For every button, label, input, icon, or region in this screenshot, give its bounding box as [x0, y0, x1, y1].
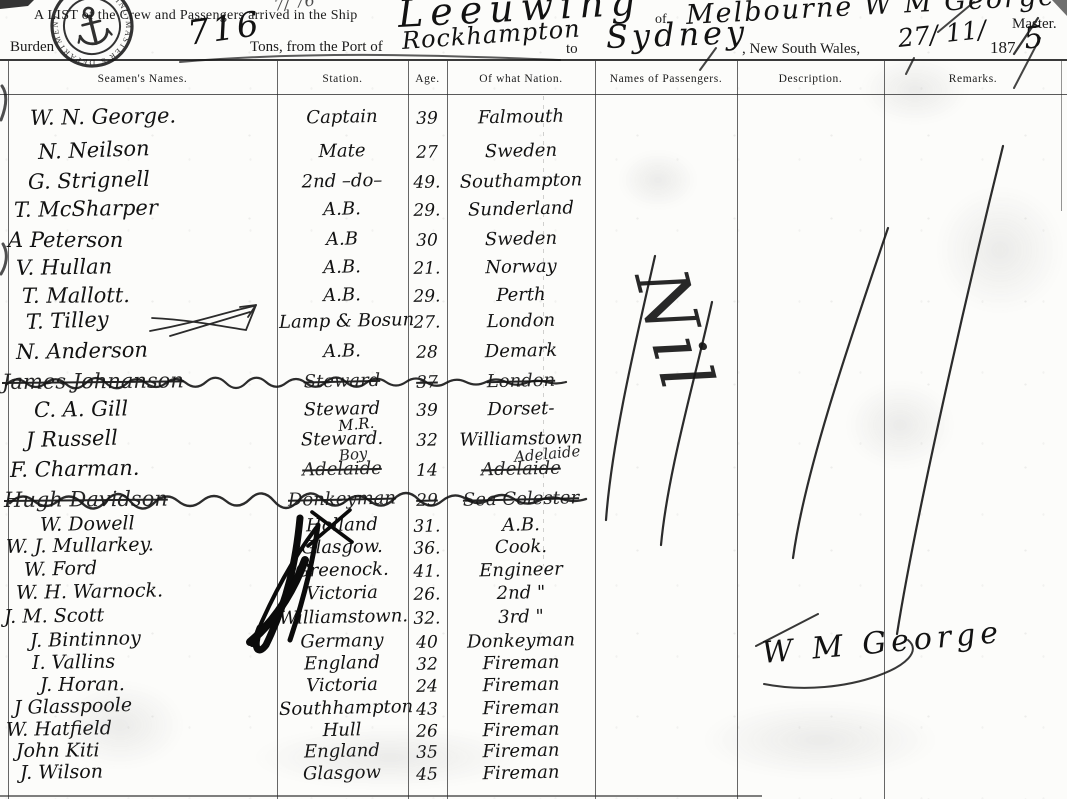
year-printed: 187	[990, 38, 1016, 58]
seaman-age: 37	[408, 372, 446, 393]
colhead-passengers: Names of Passengers.	[595, 63, 737, 94]
seaman-nation: Engineer	[449, 558, 593, 582]
seaman-age: 14	[408, 460, 446, 481]
seaman-nation: Perth	[449, 283, 593, 307]
seaman-station: A.B.	[279, 339, 405, 363]
seaman-station: Mate	[279, 139, 405, 163]
seaman-station: A.B.	[279, 255, 405, 279]
seaman-nation: Sea Colester	[449, 487, 593, 511]
header-to-label: to	[566, 41, 578, 58]
seaman-age: 27	[408, 142, 446, 163]
seaman-age: 29.	[408, 286, 446, 307]
seaman-name: J Russell	[26, 421, 283, 452]
station-correction: Boy	[338, 444, 368, 465]
station-correction: M.R.	[337, 414, 375, 435]
seaman-station: A.B.	[279, 283, 405, 307]
seaman-nation: Demark	[449, 339, 593, 363]
seaman-age: 41.	[408, 561, 446, 582]
seaman-station: Donkeyman	[279, 487, 405, 511]
colhead-age: Age.	[408, 63, 447, 94]
scan-smudge	[860, 55, 970, 125]
seaman-station: Victoria	[279, 673, 405, 697]
scan-smudge	[845, 380, 955, 470]
seaman-station: 2nd –do–	[279, 169, 405, 193]
header-nsw-label: , New South Wales,	[742, 41, 860, 58]
seaman-station: Glasgow.	[279, 535, 405, 559]
seaman-station: Southhampton	[279, 696, 405, 720]
seaman-age: 39	[408, 108, 446, 129]
seaman-age: 32	[408, 654, 446, 675]
seaman-age: 49.	[408, 172, 446, 193]
passengers-nil-scrawl: Nil	[618, 260, 730, 404]
sheet-bottom-rule	[0, 795, 762, 797]
seaman-age: 26.	[408, 584, 446, 605]
seaman-nation: Falmouth	[449, 105, 593, 129]
seaman-name: I. Vallins	[32, 648, 288, 674]
seaman-age: 40	[408, 632, 446, 653]
seaman-station: AdelaideBoy	[279, 457, 405, 481]
header-tons-label: Tons, from the Port of	[250, 39, 383, 56]
seaman-nation: London	[449, 369, 593, 393]
seaman-station: Holland	[279, 513, 405, 537]
table-left-border	[8, 61, 9, 799]
scan-smudge	[700, 700, 940, 780]
seaman-name: W. N. George.	[30, 102, 286, 130]
seaman-age: 24	[408, 676, 446, 697]
date-handwritten: 27/ 11/	[896, 15, 987, 53]
seaman-nation: Fireman	[449, 696, 593, 720]
seaman-station: A.B.	[279, 197, 405, 221]
seaman-nation: Fireman	[449, 673, 593, 697]
port-to-handwritten: Sydney	[605, 13, 748, 56]
colhead-nation: Of what Nation.	[447, 63, 595, 94]
seaman-nation: Dorset-	[449, 397, 593, 421]
seaman-name: N. Neilson	[38, 131, 295, 164]
seaman-nation: Cook.	[449, 535, 593, 559]
seaman-nation: 3rd "	[449, 605, 593, 629]
seaman-nation: London	[449, 309, 593, 333]
header-burden-label: Burden	[10, 39, 54, 56]
seaman-name: James Johnanson	[2, 368, 258, 394]
seaman-nation: Sunderland	[449, 197, 593, 221]
seaman-station: Greenock.	[279, 558, 405, 582]
seaman-nation: Fireman	[449, 651, 593, 675]
seaman-nation: 2nd "	[449, 581, 593, 605]
seaman-name: V. Hullan	[16, 252, 272, 280]
seaman-station: Steward	[279, 369, 405, 393]
seaman-age: 39	[408, 400, 446, 421]
seaman-nation: Sweden	[449, 227, 593, 251]
scan-smudge	[250, 725, 530, 790]
seaman-age: 29	[408, 490, 446, 511]
seaman-age: 43	[408, 699, 446, 720]
seaman-name: N. Anderson	[16, 336, 272, 364]
scan-edge-mark	[1, 86, 6, 274]
seaman-station: Germany	[279, 629, 405, 653]
seaman-name: G. Strignell	[28, 163, 285, 194]
seaman-age: 29.	[408, 200, 446, 221]
seaman-name: T. McSharper	[14, 194, 270, 222]
seaman-name: F. Charman.	[10, 454, 266, 482]
ship-manifest-page: A LIST of the Crew and Passengers arrive…	[0, 0, 1067, 799]
seaman-age: 27.	[408, 312, 446, 333]
col-divider-description	[737, 61, 738, 799]
scan-smudge	[935, 185, 1065, 315]
scan-smudge	[55, 680, 185, 770]
seaman-age: 32.	[408, 608, 446, 629]
seaman-age: 21.	[408, 258, 446, 279]
seaman-station: Williamstown.	[279, 605, 405, 629]
seaman-age: 36.	[408, 538, 446, 559]
seaman-age: 32	[408, 430, 446, 451]
seaman-station: Captain	[279, 105, 405, 129]
seaman-age: 31.	[408, 516, 446, 537]
scan-smudge	[618, 150, 698, 210]
seaman-nation: A.B.	[449, 513, 593, 537]
colhead-seamens-names: Seamen's Names.	[8, 63, 277, 94]
seaman-station: A.B	[279, 227, 405, 251]
seaman-nation: Donkeyman	[449, 629, 593, 653]
seaman-nation: Southampton	[449, 169, 593, 193]
seaman-nation: AdelaideAdelaide	[449, 457, 593, 481]
seaman-nation: Sweden	[449, 139, 593, 163]
scan-corner-mark	[0, 0, 34, 9]
seaman-name: A Peterson	[8, 228, 264, 252]
seaman-station: England	[279, 651, 405, 675]
seaman-name: W. H. Warnock.	[16, 578, 272, 604]
col-divider-passengers	[595, 61, 596, 799]
seaman-age: 30	[408, 230, 446, 251]
seaman-name: Hugh Davidson	[4, 486, 260, 512]
seaman-station: Lamp & Bosun	[279, 309, 405, 333]
seaman-age: 28	[408, 342, 446, 363]
seaman-station: Victoria	[279, 581, 405, 605]
master-signature: W M George	[760, 615, 1004, 671]
seaman-nation: Norway	[449, 255, 593, 279]
seaman-name: C. A. Gill	[34, 394, 290, 422]
colhead-station: Station.	[277, 63, 408, 94]
